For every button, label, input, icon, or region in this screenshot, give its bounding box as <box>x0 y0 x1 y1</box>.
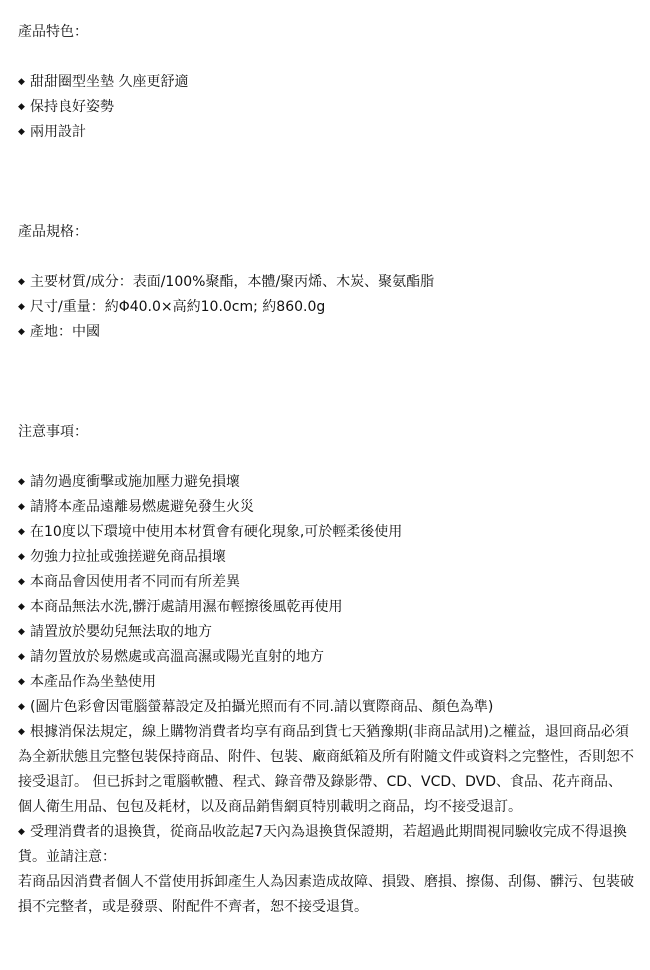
specs-section: 產品規格： ◆主要材質/成分：表面/100%聚酯，本體/聚丙烯、木炭、聚氨酯脂 … <box>18 220 634 345</box>
diamond-bullet-icon: ◆ <box>18 70 30 95</box>
diamond-bullet-icon: ◆ <box>18 520 30 545</box>
list-item: ◆本商品無法水洗,髒汙處請用濕布輕擦後風乾再使用 <box>18 595 634 620</box>
list-item: ◆請置放於嬰幼兒無法取的地方 <box>18 620 634 645</box>
diamond-bullet-icon: ◆ <box>18 95 30 120</box>
list-item-text: 請勿過度衝擊或施加壓力避免損壞 <box>30 474 240 490</box>
diamond-bullet-icon: ◆ <box>18 695 30 720</box>
list-item-text: 本產品作為坐墊使用 <box>30 674 156 690</box>
diamond-bullet-icon: ◆ <box>18 670 30 695</box>
diamond-bullet-icon: ◆ <box>18 645 30 670</box>
diamond-bullet-icon: ◆ <box>18 720 30 745</box>
list-item-text: 本商品會因使用者不同而有所差異 <box>30 574 240 590</box>
list-item: ◆本產品作為坐墊使用 <box>18 670 634 695</box>
list-item: ◆保持良好姿勢 <box>18 95 634 120</box>
notes-list: ◆請勿過度衝擊或施加壓力避免損壞 ◆請將本產品遠離易燃處避免發生火災 ◆在10度… <box>18 470 634 870</box>
notes-section: 注意事項： ◆請勿過度衝擊或施加壓力避免損壞 ◆請將本產品遠離易燃處避免發生火災… <box>18 420 634 920</box>
diamond-bullet-icon: ◆ <box>18 120 30 145</box>
list-item: ◆請將本產品遠離易燃處避免發生火災 <box>18 495 634 520</box>
list-item: ◆主要材質/成分：表面/100%聚酯，本體/聚丙烯、木炭、聚氨酯脂 <box>18 270 634 295</box>
list-item-text: 保持良好姿勢 <box>30 99 114 115</box>
diamond-bullet-icon: ◆ <box>18 495 30 520</box>
list-item-text: 產地：中國 <box>30 324 100 340</box>
list-item-text: 勿強力拉扯或強搓避免商品損壞 <box>30 549 226 565</box>
list-item-text: 甜甜圈型坐墊 久座更舒適 <box>30 74 188 90</box>
list-item-text: 主要材質/成分：表面/100%聚酯，本體/聚丙烯、木炭、聚氨酯脂 <box>30 274 434 290</box>
diamond-bullet-icon: ◆ <box>18 620 30 645</box>
diamond-bullet-icon: ◆ <box>18 570 30 595</box>
list-item-text: (圖片色彩會因電腦螢幕設定及拍攝光照而有不同.請以實際商品、顏色為準) <box>30 699 493 715</box>
list-item-text: 本商品無法水洗,髒汙處請用濕布輕擦後風乾再使用 <box>30 599 342 615</box>
features-section: 產品特色： ◆甜甜圈型坐墊 久座更舒適 ◆保持良好姿勢 ◆兩用設計 <box>18 20 634 145</box>
list-item-text: 根據消保法規定，線上購物消費者均享有商品到貨七天猶豫期(非商品試用)之權益，退回… <box>18 724 634 815</box>
list-item: ◆根據消保法規定，線上購物消費者均享有商品到貨七天猶豫期(非商品試用)之權益，退… <box>18 720 634 820</box>
return-policy-paragraph: 若商品因消費者個人不當使用拆卸產生人為因素造成故障、損毀、磨損、擦傷、刮傷、髒污… <box>18 870 634 920</box>
list-item: ◆請勿過度衝擊或施加壓力避免損壞 <box>18 470 634 495</box>
features-list: ◆甜甜圈型坐墊 久座更舒適 ◆保持良好姿勢 ◆兩用設計 <box>18 70 634 145</box>
diamond-bullet-icon: ◆ <box>18 470 30 495</box>
list-item: ◆請勿置放於易燃處或高溫高濕或陽光直射的地方 <box>18 645 634 670</box>
list-item-text: 兩用設計 <box>30 124 86 140</box>
diamond-bullet-icon: ◆ <box>18 595 30 620</box>
list-item: ◆受理消費者的退換貨，從商品收訖起7天內為退換貨保證期，若超過此期間視同驗收完成… <box>18 820 634 870</box>
diamond-bullet-icon: ◆ <box>18 295 30 320</box>
list-item: ◆產地：中國 <box>18 320 634 345</box>
list-item-text: 尺寸/重量：約Φ40.0×高約10.0cm; 約860.0g <box>30 299 325 315</box>
list-item: ◆勿強力拉扯或強搓避免商品損壞 <box>18 545 634 570</box>
list-item: ◆兩用設計 <box>18 120 634 145</box>
list-item-text: 請勿置放於易燃處或高溫高濕或陽光直射的地方 <box>30 649 324 665</box>
list-item: ◆(圖片色彩會因電腦螢幕設定及拍攝光照而有不同.請以實際商品、顏色為準) <box>18 695 634 720</box>
specs-list: ◆主要材質/成分：表面/100%聚酯，本體/聚丙烯、木炭、聚氨酯脂 ◆尺寸/重量… <box>18 270 634 345</box>
diamond-bullet-icon: ◆ <box>18 820 30 845</box>
features-title: 產品特色： <box>18 20 634 45</box>
notes-title: 注意事項： <box>18 420 634 445</box>
list-item: ◆本商品會因使用者不同而有所差異 <box>18 570 634 595</box>
diamond-bullet-icon: ◆ <box>18 270 30 295</box>
list-item: ◆尺寸/重量：約Φ40.0×高約10.0cm; 約860.0g <box>18 295 634 320</box>
list-item-text: 受理消費者的退換貨，從商品收訖起7天內為退換貨保證期，若超過此期間視同驗收完成不… <box>18 824 627 865</box>
list-item-text: 在10度以下環境中使用本材質會有硬化現象,可於輕柔後使用 <box>30 524 402 540</box>
diamond-bullet-icon: ◆ <box>18 545 30 570</box>
specs-title: 產品規格： <box>18 220 634 245</box>
diamond-bullet-icon: ◆ <box>18 320 30 345</box>
list-item: ◆在10度以下環境中使用本材質會有硬化現象,可於輕柔後使用 <box>18 520 634 545</box>
list-item-text: 請置放於嬰幼兒無法取的地方 <box>30 624 212 640</box>
list-item: ◆甜甜圈型坐墊 久座更舒適 <box>18 70 634 95</box>
list-item-text: 請將本產品遠離易燃處避免發生火災 <box>30 499 254 515</box>
